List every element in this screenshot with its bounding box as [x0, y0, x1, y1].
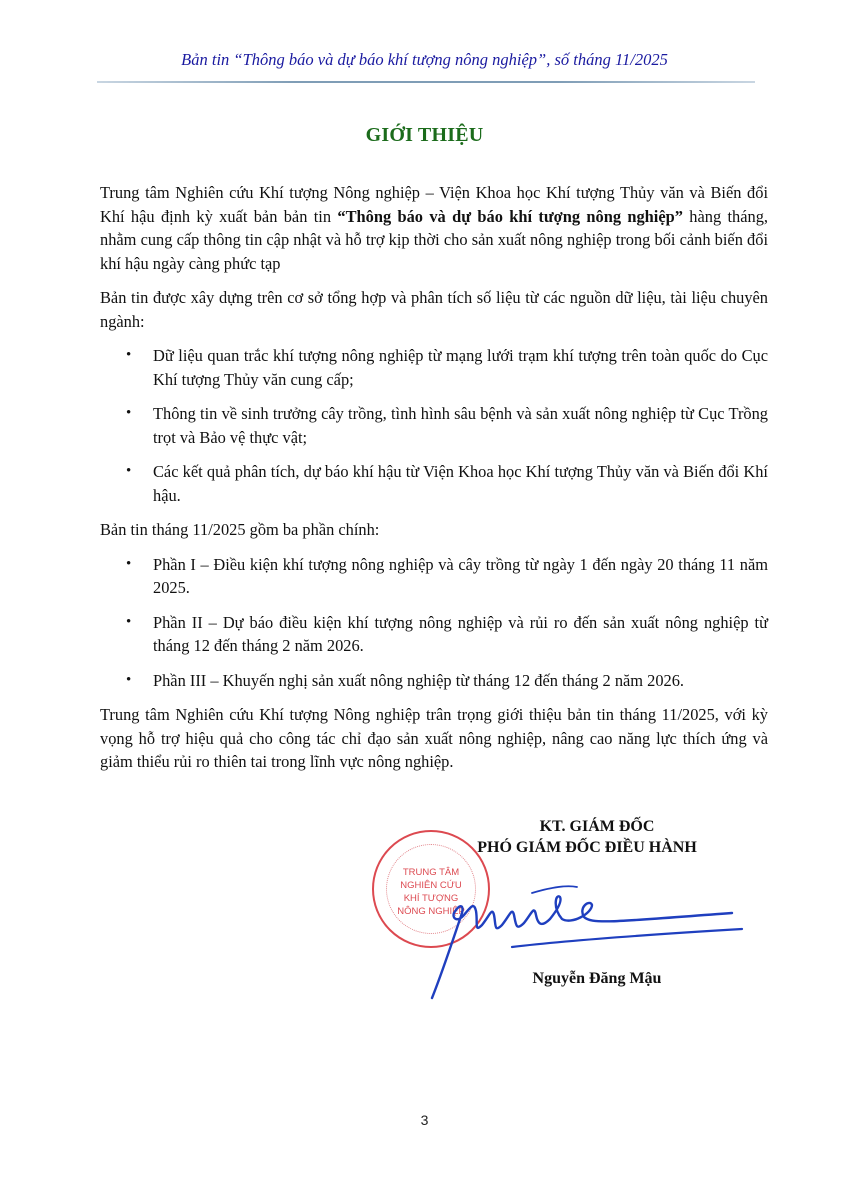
page-title: GIỚI THIỆU	[0, 124, 849, 147]
signer-title-line2: PHÓ GIÁM ĐỐC ĐIỀU HÀNH	[382, 839, 792, 857]
list-item: Dữ liệu quan trắc khí tượng nông nghiệp …	[100, 344, 768, 391]
signature-block: TRUNG TÂM NGHIÊN CỨU KHÍ TƯỢNG NÔNG NGHI…	[362, 808, 772, 1003]
header-divider	[97, 81, 755, 83]
list-item: Thông tin về sinh trưởng cây trồng, tình…	[100, 402, 768, 449]
list-item: Phần III – Khuyến nghị sản xuất nông ngh…	[100, 669, 768, 693]
page-number: 3	[0, 1112, 849, 1128]
list-item: Phần II – Dự báo điều kiện khí tượng nôn…	[100, 611, 768, 658]
intro-paragraph: Trung tâm Nghiên cứu Khí tượng Nông nghi…	[100, 181, 768, 275]
list-item: Các kết quả phân tích, dự báo khí hậu từ…	[100, 460, 768, 507]
bulletin-name: “Thông báo và dự báo khí tượng nông nghi…	[337, 207, 683, 226]
closing-paragraph: Trung tâm Nghiên cứu Khí tượng Nông nghi…	[100, 703, 768, 774]
running-header: Bản tin “Thông báo và dự báo khí tượng n…	[0, 50, 849, 70]
sources-list: Dữ liệu quan trắc khí tượng nông nghiệp …	[100, 344, 768, 507]
parts-lead: Bản tin tháng 11/2025 gồm ba phần chính:	[100, 518, 768, 542]
document-body: Trung tâm Nghiên cứu Khí tượng Nông nghi…	[100, 181, 768, 785]
sources-lead: Bản tin được xây dựng trên cơ sở tổng hợ…	[100, 286, 768, 333]
signer-title-line1: KT. GIÁM ĐỐC	[392, 818, 802, 836]
parts-list: Phần I – Điều kiện khí tượng nông nghiệp…	[100, 553, 768, 693]
signer-name: Nguyễn Đăng Mậu	[362, 970, 772, 988]
list-item: Phần I – Điều kiện khí tượng nông nghiệp…	[100, 553, 768, 600]
